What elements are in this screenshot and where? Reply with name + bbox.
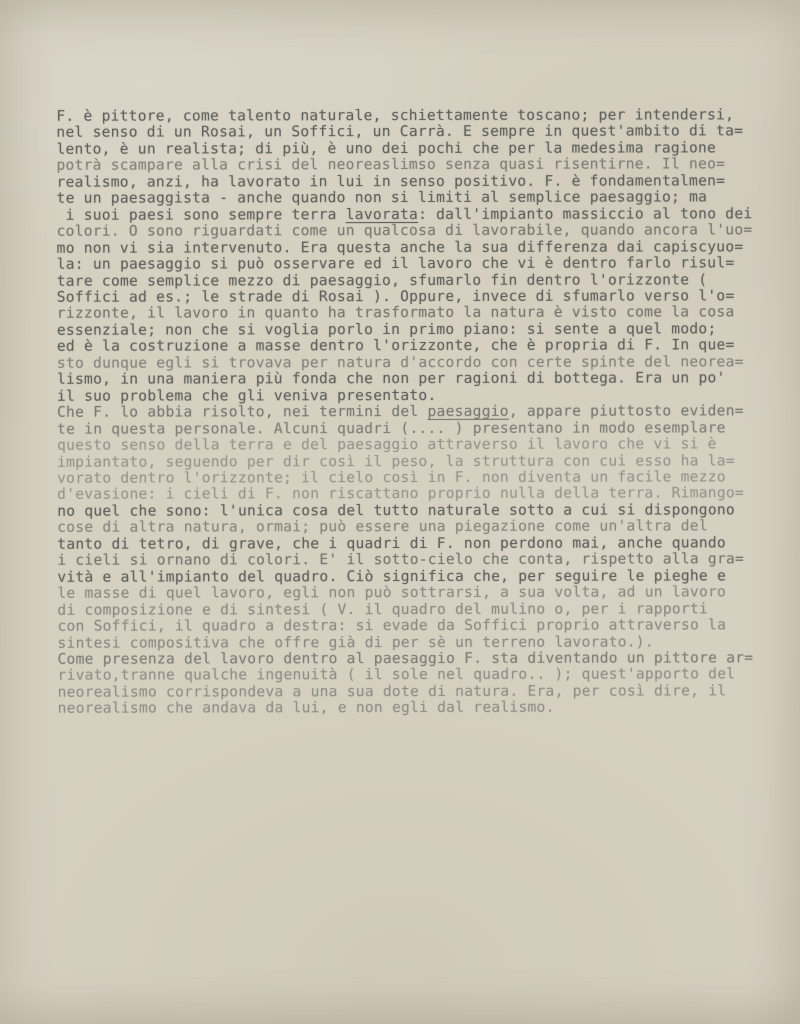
- text-line: rizzonte, il lavoro in quanto ha trasfor…: [57, 305, 757, 323]
- text-run: , appare piuttosto eviden=: [509, 402, 744, 419]
- text-run: colori. O sono riguardati come un qualco…: [57, 221, 753, 239]
- text-run: le masse di quel lavoro, egli non può so…: [57, 583, 726, 601]
- typewritten-text-block: F. è pittore, come talento naturale, sch…: [56, 107, 757, 717]
- text-line: i cieli si ornano di colori. E' il sotto…: [57, 552, 757, 570]
- text-line: cose di altra natura, ormai; può essere …: [57, 519, 757, 537]
- text-run: neorealismo che andava da lui, e non egl…: [58, 699, 555, 717]
- text-run: d'evasione: i cieli di F. non riscattano…: [57, 485, 744, 503]
- text-line: colori. O sono riguardati come un qualco…: [57, 222, 757, 240]
- text-run: i cieli si ornano di colori. E' il sotto…: [57, 551, 744, 569]
- text-run: cose di altra natura, ormai; può essere …: [57, 518, 708, 536]
- underlined-text-run: lavorata: [346, 206, 418, 223]
- text-run: : dall'impianto massiccio al tono dei: [418, 205, 752, 223]
- text-run: potrà scampare alla crisi del neoreaslim…: [56, 156, 725, 174]
- text-line: d'evasione: i cieli di F. non riscattano…: [57, 486, 757, 504]
- text-line: neorealismo che andava da lui, e non egl…: [58, 700, 758, 718]
- text-run: impiantato, seguendo per dir così il pes…: [57, 452, 735, 470]
- text-run: ed è la costruzione a masse dentro l'ori…: [57, 337, 735, 355]
- text-run: di composizione e di sintesi ( V. il qua…: [57, 600, 708, 618]
- text-run: neorealismo corrispondeva a una sua dote…: [58, 682, 727, 700]
- text-run: vorato dentro l'orizzonte; il cielo così…: [57, 468, 726, 486]
- text-run: lismo, in una maniera più fonda che non …: [57, 370, 726, 388]
- text-run: te un paesaggista - anche quando non si …: [57, 189, 708, 207]
- text-run: sintesi compositiva che offre già di per…: [57, 633, 653, 651]
- text-run: sto dunque egli si trovava per natura d'…: [57, 353, 744, 371]
- text-run: la: un paesaggio si può osservare ed il …: [57, 254, 735, 272]
- text-run: il suo problema che gli veniva presentat…: [57, 387, 437, 405]
- text-run: rizzonte, il lavoro in quanto ha trasfor…: [57, 304, 735, 322]
- underlined-text-run: paesaggio: [427, 403, 508, 420]
- text-run: tanto di tetro, di grave, che i quadri d…: [57, 534, 726, 552]
- text-run: rivato,tranne qualche ingenuità ( il sol…: [58, 666, 736, 684]
- text-run: i suoi paesi sono sempre terra: [57, 206, 346, 224]
- text-line: potrà scampare alla crisi del neoreaslim…: [56, 157, 756, 175]
- text-run: con Soffici, il quadro a destra: si evad…: [57, 616, 726, 634]
- text-run: nel senso di un Rosai, un Soffici, un Ca…: [56, 123, 743, 141]
- text-run: tare come semplice mezzo di paesaggio, s…: [57, 271, 708, 289]
- text-run: Che F. lo abbia risolto, nei termini del: [57, 403, 428, 421]
- text-run: realismo, anzi, ha lavorato in lui in se…: [56, 172, 725, 190]
- paper-sheet: F. è pittore, come talento naturale, sch…: [0, 0, 800, 1024]
- text-run: questo senso della terra e del paesaggio…: [57, 435, 717, 453]
- text-line: sto dunque egli si trovava per natura d'…: [57, 354, 757, 372]
